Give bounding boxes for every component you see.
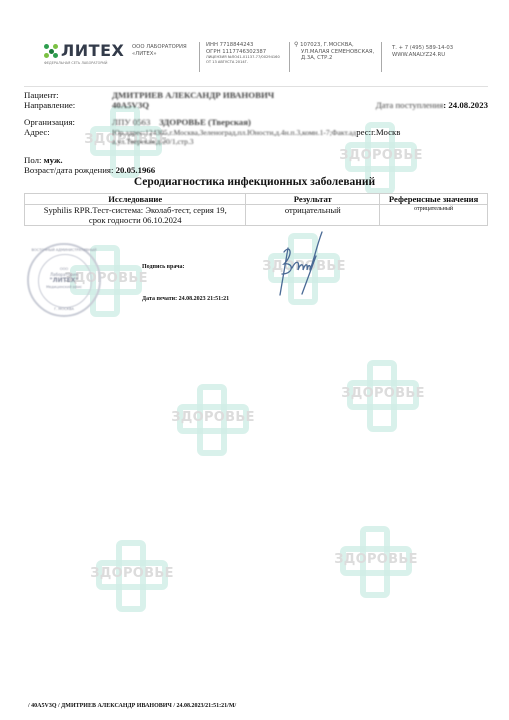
- divider: [289, 42, 290, 72]
- registration-info: ИНН 7718844243 ОГРН 1117746302387 ЛИЦЕНЗ…: [206, 42, 280, 65]
- address-label: Адрес:: [24, 127, 50, 137]
- patient-name: ДМИТРИЕВ АЛЕКСАНДР ИВАНОВИЧ: [112, 90, 274, 100]
- table-header-row: Исследование Результат Референсные значе…: [25, 194, 488, 205]
- letterhead: ЛИТЕХ ФЕДЕРАЛЬНАЯ СЕТЬ ЛАБОРАТОРИЙ ООО Л…: [0, 40, 509, 76]
- divider: [381, 42, 382, 72]
- watermark: ЗДОРОВЬЕ: [337, 360, 429, 432]
- divider: [199, 42, 200, 72]
- table-row: Syphilis RPR.Тест-система: Эколаб-тест, …: [25, 205, 488, 226]
- dob-field: Возраст/дата рождения: 20.05.1966: [24, 165, 155, 175]
- contact-info: Т. + 7 (495) 589-14-03 WWW.ANALYZ24.RU: [392, 45, 453, 58]
- column-header: Результат: [246, 194, 380, 205]
- doctor-signature: [270, 230, 330, 300]
- referral-label: Направление:: [24, 100, 75, 110]
- address-line-2: а,ул.Тверская,д.20/1,стр.3: [112, 137, 194, 146]
- print-date: Дата печати: 24.08.2023 21:51:21: [142, 296, 229, 302]
- lab-stamp: ВОСТОЧНЫЙ АДМИНИСТРАТИВНЫЙ ООО Лаборатор…: [27, 243, 101, 317]
- watermark: ЗДОРОВЬЕ: [86, 540, 178, 612]
- header-divider: [24, 86, 488, 87]
- doctor-signature-label: Подпись врача:: [142, 264, 185, 270]
- logo-cross-icon: [44, 44, 58, 58]
- report-title: Серодиагностика инфекционных заболеваний: [0, 176, 509, 188]
- referral-number: 40A5V3Q: [112, 100, 149, 110]
- address-info: ⚲ 107023, Г.МОСКВА, УЛ.МАЛАЯ СЕМЕНОВСКАЯ…: [294, 42, 374, 62]
- address-value: Юр.адрес:124305,г.Москва,Зеленоград,пл.Ю…: [112, 127, 488, 137]
- reference-value: отрицательный: [380, 205, 488, 226]
- test-name: Syphilis RPR.Тест-система: Эколаб-тест, …: [25, 205, 246, 226]
- patient-label: Пациент:: [24, 90, 59, 100]
- logo-subtitle: ФЕДЕРАЛЬНАЯ СЕТЬ ЛАБОРАТОРИЙ: [44, 61, 124, 65]
- organization-label: Организация:: [24, 117, 75, 127]
- results-table: Исследование Результат Референсные значе…: [24, 193, 488, 226]
- organization-value: ЛПУ 0563 ЗДОРОВЬЕ (Тверская): [112, 117, 251, 127]
- column-header: Референсные значения: [380, 194, 488, 205]
- org-name: ООО ЛАБОРАТОРИЯ «ЛИТЕХ»: [132, 44, 187, 58]
- watermark: ЗДОРОВЬЕ: [167, 384, 259, 456]
- sex-field: Пол: муж.: [24, 155, 63, 165]
- test-result: отрицательный: [246, 205, 380, 226]
- logo-name: ЛИТЕХ: [61, 41, 124, 60]
- location-pin-icon: ⚲: [294, 41, 298, 48]
- column-header: Исследование: [25, 194, 246, 205]
- document-footer: / 40A5V3Q / ДМИТРИЕВ АЛЕКСАНДР ИВАНОВИЧ …: [28, 703, 236, 709]
- watermark: ЗДОРОВЬЕ: [330, 526, 422, 598]
- received-date: Дата поступления: 24.08.2023: [376, 100, 488, 110]
